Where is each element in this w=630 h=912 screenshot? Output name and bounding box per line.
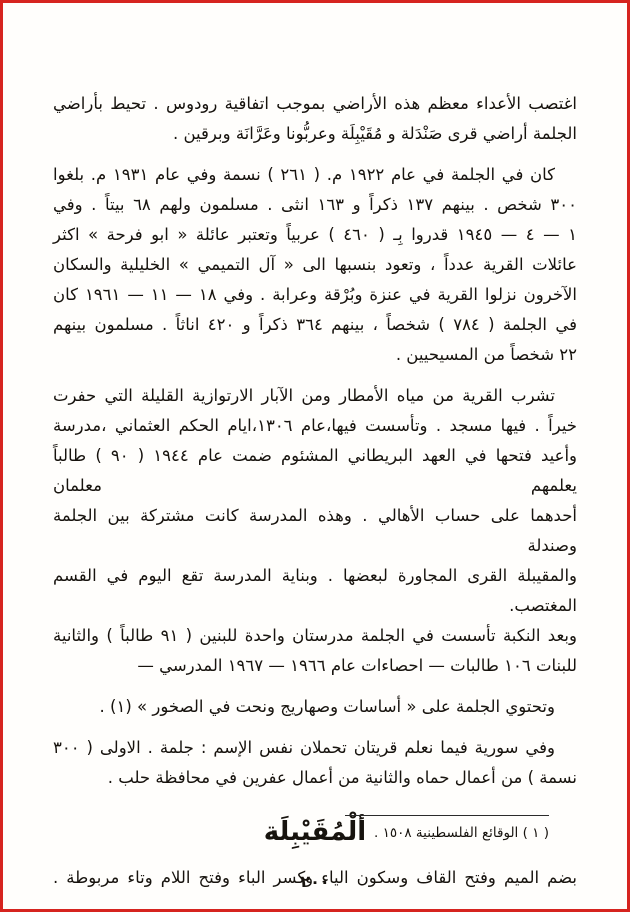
text-line: في الجلمة ( ٧٨٤ ) شخصاً ، بينهم ٣٦٤ ذكرا…	[53, 310, 577, 340]
text-line: وأعيد فتحها في العهد البريطاني المشئوم ض…	[53, 441, 577, 501]
text-line: ٣٠٠ شخص . بينهم ١٣٧ ذكراً و ١٦٣ انثى . م…	[53, 190, 577, 220]
paragraph-rhodes-agreement: اغتصب الأعداء معظم هذه الأراضي بموجب اتف…	[53, 89, 577, 149]
text-line: تشرب القرية من مياه الأمطار ومن الآبار ا…	[53, 381, 577, 411]
text-line: أحدهما على حساب الأهالي . وهذه المدرسة ك…	[53, 501, 577, 561]
text-line: وبعد النكبة تأسست في الجلمة مدرستان واحد…	[53, 621, 577, 651]
text-line: الآخرون نزلوا القرية في عنزة وبُرْقة وعر…	[53, 280, 577, 310]
footnote-text: ( ١ ) الوقائع الفلسطينية ١٥٠٨ .	[345, 822, 549, 844]
text-line: ١ — ٤ — ١٩٤٥ قدروا بِـ ( ٤٦٠ ) عربياً وت…	[53, 220, 577, 250]
text-line: خيراً . فيها مسجد . وتأسست فيها،عام ١٣٠٦…	[53, 411, 577, 441]
footnote: ( ١ ) الوقائع الفلسطينية ١٥٠٨ .	[345, 815, 549, 844]
text-line: الجلمة أراضي قرى صَنْدَلة و مُقَيْبِلَة …	[53, 119, 577, 149]
text-line: كان في الجلمة في عام ١٩٢٢ م. ( ٢٦١ ) نسم…	[53, 160, 577, 190]
text-line: للبنات ١٠٦ طالبات — احصاءات عام ١٩٦٦ — ١…	[53, 651, 577, 681]
text-line: وفي سورية فيما نعلم قريتان تحملان نفس ال…	[53, 733, 577, 763]
paragraph-water-school: تشرب القرية من مياه الأمطار ومن الآبار ا…	[53, 381, 577, 681]
text-line: عائلات القرية عدداً ، وتعود بنسبها الى «…	[53, 250, 577, 280]
paragraph-antiquities: وتحتوي الجلمة على « أساسات وصهاريج ونحت …	[53, 692, 577, 722]
text-line: اغتصب الأعداء معظم هذه الأراضي بموجب اتف…	[53, 89, 577, 119]
paragraph-syria-villages: وفي سورية فيما نعلم قريتان تحملان نفس ال…	[53, 733, 577, 793]
text-line: نسمة ) من أعمال حماه والثانية من أعمال ع…	[53, 763, 577, 793]
paragraph-population: كان في الجلمة في عام ١٩٢٢ م. ( ٢٦١ ) نسم…	[53, 160, 577, 370]
text-line: وتحتوي الجلمة على « أساسات وصهاريج ونحت …	[53, 692, 577, 722]
text-line: ٢٢ شخصاً من المسيحيين .	[53, 340, 577, 370]
text-line: والمقيبلة القرى المجاورة لبعضها . وبناية…	[53, 561, 577, 621]
page-number: ٢٠٠	[3, 872, 627, 891]
book-page: اغتصب الأعداء معظم هذه الأراضي بموجب اتف…	[0, 0, 630, 912]
body-text: اغتصب الأعداء معظم هذه الأراضي بموجب اتف…	[53, 89, 577, 893]
